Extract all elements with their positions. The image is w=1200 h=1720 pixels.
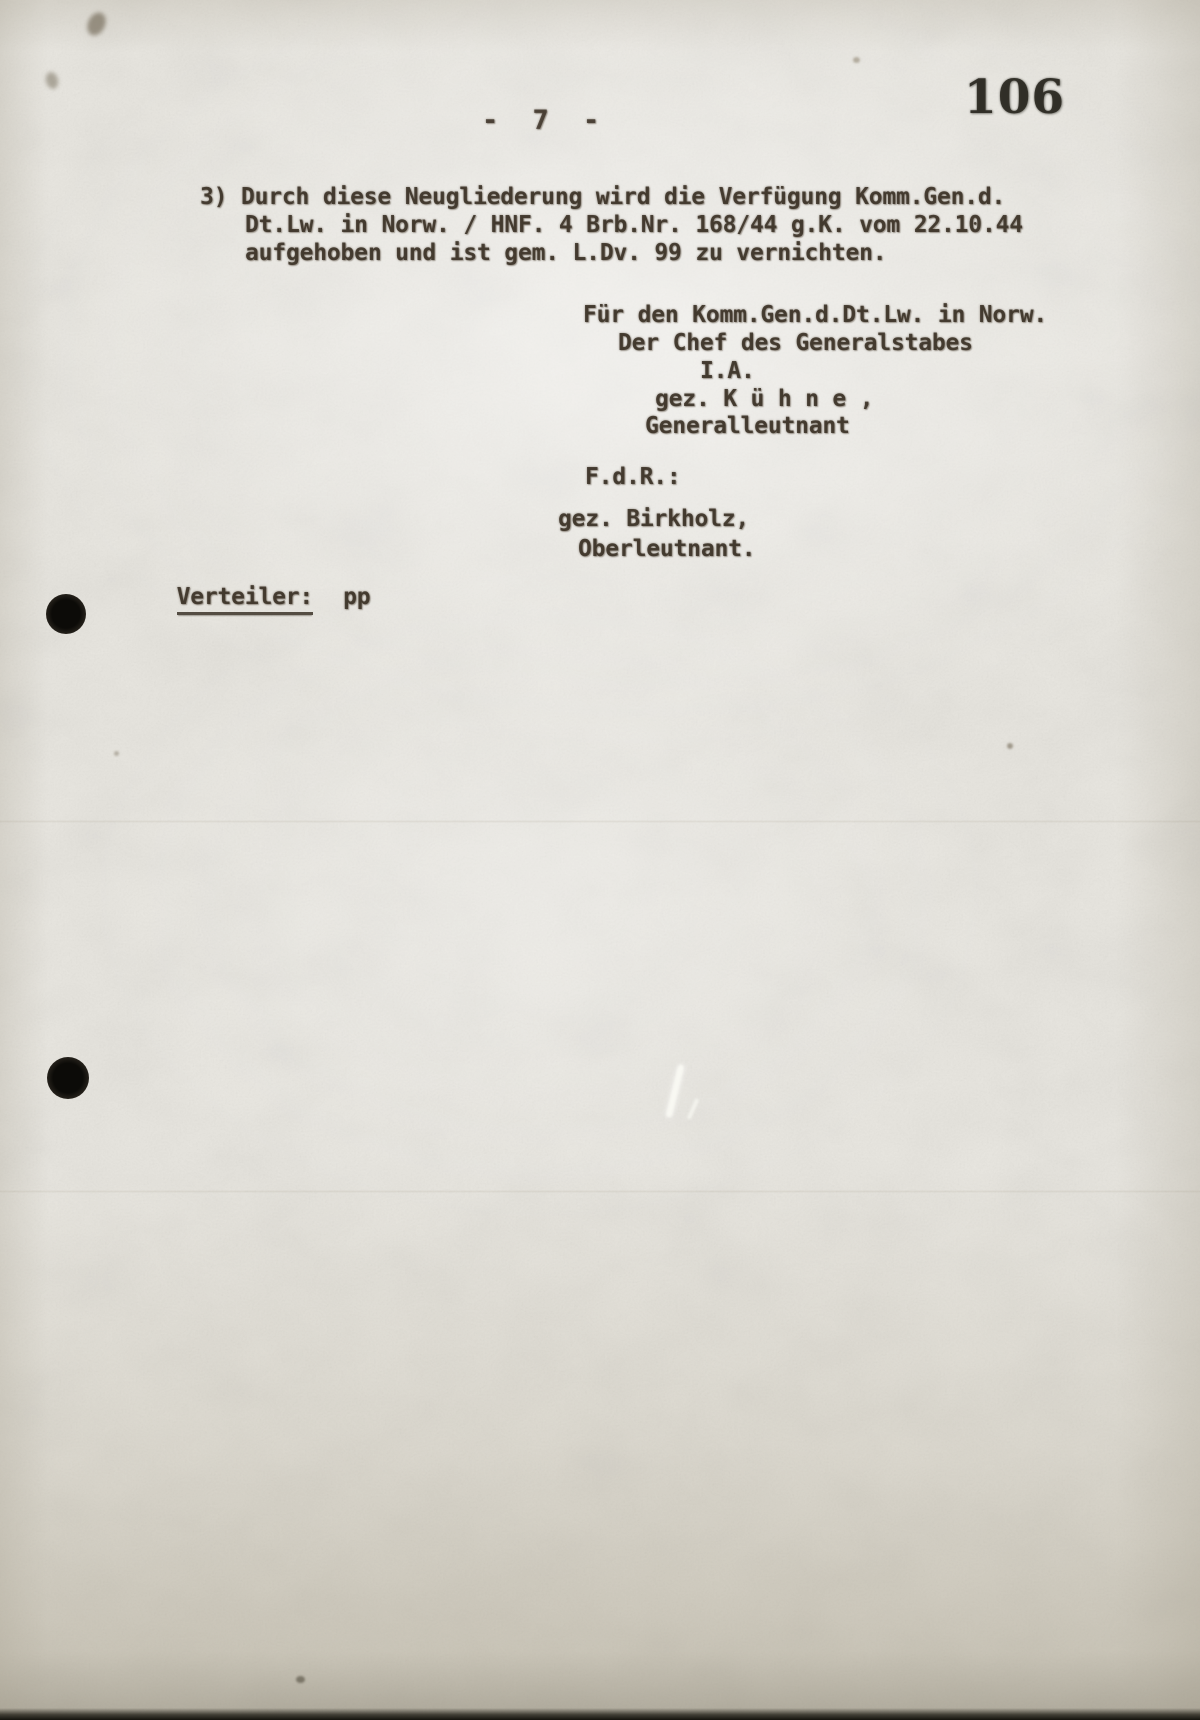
archive-stamp-number: 106: [964, 70, 1065, 125]
fold-line: [0, 1190, 1200, 1193]
signature-gez-line: gez. K ü h n e ,: [655, 386, 873, 412]
certified-rank: Oberleutnant.: [578, 536, 755, 562]
hole-punch-bottom: [47, 1057, 89, 1099]
scratch-mark: [666, 1064, 685, 1118]
ink-smudge: [84, 10, 110, 39]
scanned-document-page: - 7 - 106 3) Durch diese Neugliederung w…: [0, 0, 1200, 1720]
scan-edge: [0, 1708, 1200, 1720]
distribution-label: Verteiler:: [177, 584, 313, 615]
paper-speck: [853, 57, 860, 63]
distribution-value: pp: [343, 584, 370, 610]
certified-by: gez. Birkholz,: [558, 506, 749, 532]
distribution-line: Verteiler:pp: [122, 558, 370, 636]
hole-punch-top: [46, 594, 86, 634]
signature-chef-line: Der Chef des Generalstabes: [618, 330, 973, 356]
signature-rank-line: Generalleutnant: [645, 413, 850, 439]
signature-ia-line: I.A.: [700, 358, 755, 384]
fold-line: [0, 820, 1200, 823]
paragraph-line-3: aufgehoben und ist gem. L.Dv. 99 zu vern…: [245, 240, 886, 266]
paper-speck: [1007, 743, 1013, 749]
scratch-mark: [687, 1098, 700, 1120]
paragraph-line-2: Dt.Lw. in Norw. / HNF. 4 Brb.Nr. 168/44 …: [245, 212, 1023, 238]
paper-speck: [114, 751, 119, 756]
fdr-label: F.d.R.:: [585, 464, 681, 490]
signature-for-line: Für den Komm.Gen.d.Dt.Lw. in Norw.: [583, 302, 1047, 328]
paragraph-line-1: 3) Durch diese Neugliederung wird die Ve…: [200, 184, 1005, 210]
page-number: - 7 -: [482, 108, 608, 134]
ink-smudge: [44, 71, 60, 91]
paper-speck: [296, 1676, 305, 1683]
